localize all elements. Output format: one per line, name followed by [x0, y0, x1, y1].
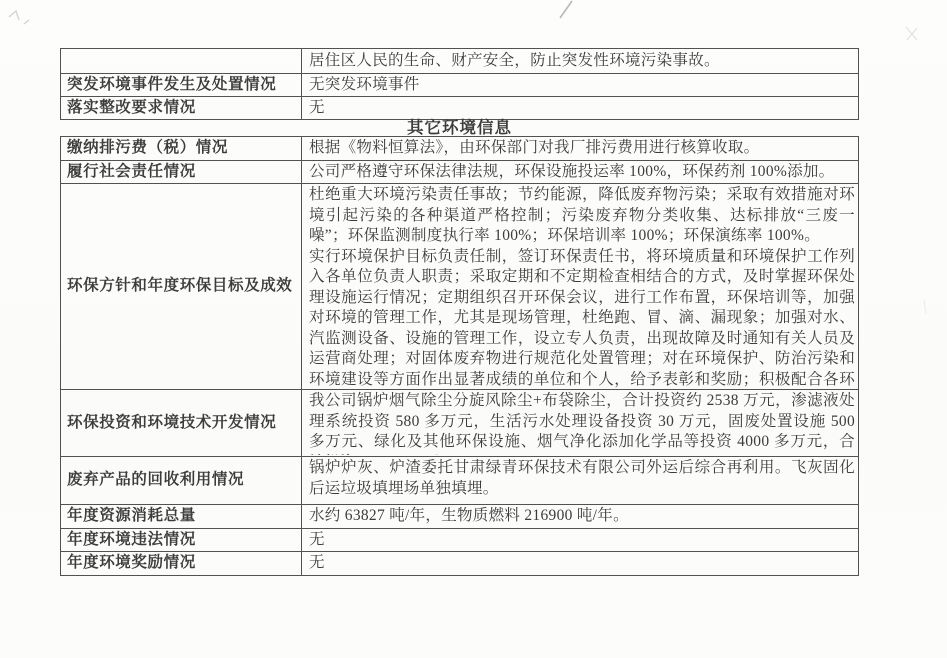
row-label-cell: 环保投资和环境技术开发情况: [61, 390, 302, 457]
investment-text: 我公司锅炉烟气除尘分旋风除尘+布袋除尘，合计投资约 2538 万元，渗滤液处理系…: [309, 391, 855, 455]
row-label-cell: 履行社会责任情况: [61, 160, 302, 184]
row-value-cell: 无: [302, 552, 859, 576]
row-label-cell: 年度环境违法情况: [61, 528, 302, 552]
table-row-environmental-violations: 年度环境违法情况 无: [61, 528, 859, 552]
table-row-environmental-awards: 年度环境奖励情况 无: [61, 552, 859, 576]
table-row-waste-recycling: 废弃产品的回收利用情况 锅炉炉灰、炉渣委托甘肃绿青环保技术有限公司外运后综合再利…: [61, 457, 859, 505]
policy-paragraph-2: 实行环境保护目标负责任制，签订环保责任书，将环境质量和环境保护工作列入各单位负责…: [309, 247, 855, 389]
row-label-cell: 缴纳排污费（税）情况: [61, 137, 302, 161]
row-value-cell: 居住区人民的生命、财产安全，防止突发性环境污染事故。: [302, 49, 859, 74]
row-value-cell: 我公司锅炉烟气除尘分旋风除尘+布袋除尘，合计投资约 2538 万元，渗滤液处理系…: [302, 390, 859, 457]
section-title: 其它环境信息: [60, 114, 859, 135]
row-value-cell: 无突发环境事件: [302, 74, 859, 97]
row-label-cell: 突发环境事件发生及处置情况: [61, 74, 302, 97]
waste-recycling-text: 锅炉炉灰、炉渣委托甘肃绿青环保技术有限公司外运后综合再利用。飞灰固化后运垃圾填埋…: [309, 458, 855, 503]
row-label-cell: 环保方针和年度环保目标及成效: [61, 184, 302, 390]
row-value-cell: 公司严格遵守环保法律法规，环保设施投运率 100%，环保药剂 100%添加。: [302, 160, 859, 184]
row-value-cell: 无: [302, 528, 859, 552]
policy-paragraph-1: 杜绝重大环境污染责任事故；节约能源，降低废弃物污染；采取有效措施对环境引起污染的…: [309, 185, 855, 247]
row-value-cell: 水约 63827 吨/年，生物质燃料 216900 吨/年。: [302, 505, 859, 529]
row-label-cell: 年度环境奖励情况: [61, 552, 302, 576]
row-value-cell: 根据《物料恒算法》，由环保部门对我厂排污费用进行核算收取。: [302, 137, 859, 161]
table-row-environmental-investment: 环保投资和环境技术开发情况 我公司锅炉烟气除尘分旋风除尘+布袋除尘，合计投资约 …: [61, 390, 859, 457]
table-row-social-responsibility: 履行社会责任情况 公司严格遵守环保法律法规，环保设施投运率 100%，环保药剂 …: [61, 160, 859, 184]
row-label-cell: 废弃产品的回收利用情况: [61, 457, 302, 505]
table-row-pollution-fee: 缴纳排污费（税）情况 根据《物料恒算法》，由环保部门对我厂排污费用进行核算收取。: [61, 137, 859, 161]
table-row-emergency-incidents: 突发环境事件发生及处置情况 无突发环境事件: [61, 74, 859, 97]
row-value-cell: 锅炉炉灰、炉渣委托甘肃绿青环保技术有限公司外运后综合再利用。飞灰固化后运垃圾填埋…: [302, 457, 859, 505]
table-row-annual-resource-consumption: 年度资源消耗总量 水约 63827 吨/年，生物质燃料 216900 吨/年。: [61, 505, 859, 529]
row-label-cell: [61, 49, 302, 74]
other-info-table: 缴纳排污费（税）情况 根据《物料恒算法》，由环保部门对我厂排污费用进行核算收取。…: [60, 136, 859, 576]
row-label-cell: 年度资源消耗总量: [61, 505, 302, 529]
table-row-residential-safety: 居住区人民的生命、财产安全，防止突发性环境污染事故。: [61, 49, 859, 74]
table-row-policy-and-targets: 环保方针和年度环保目标及成效 杜绝重大环境污染责任事故；节约能源，降低废弃物污染…: [61, 184, 859, 390]
row-value-cell: 杜绝重大环境污染责任事故；节约能源，降低废弃物污染；采取有效措施对环境引起污染的…: [302, 184, 859, 390]
document-page: 居住区人民的生命、财产安全，防止突发性环境污染事故。 突发环境事件发生及处置情况…: [0, 0, 947, 658]
incident-table: 居住区人民的生命、财产安全，防止突发性环境污染事故。 突发环境事件发生及处置情况…: [60, 48, 859, 120]
